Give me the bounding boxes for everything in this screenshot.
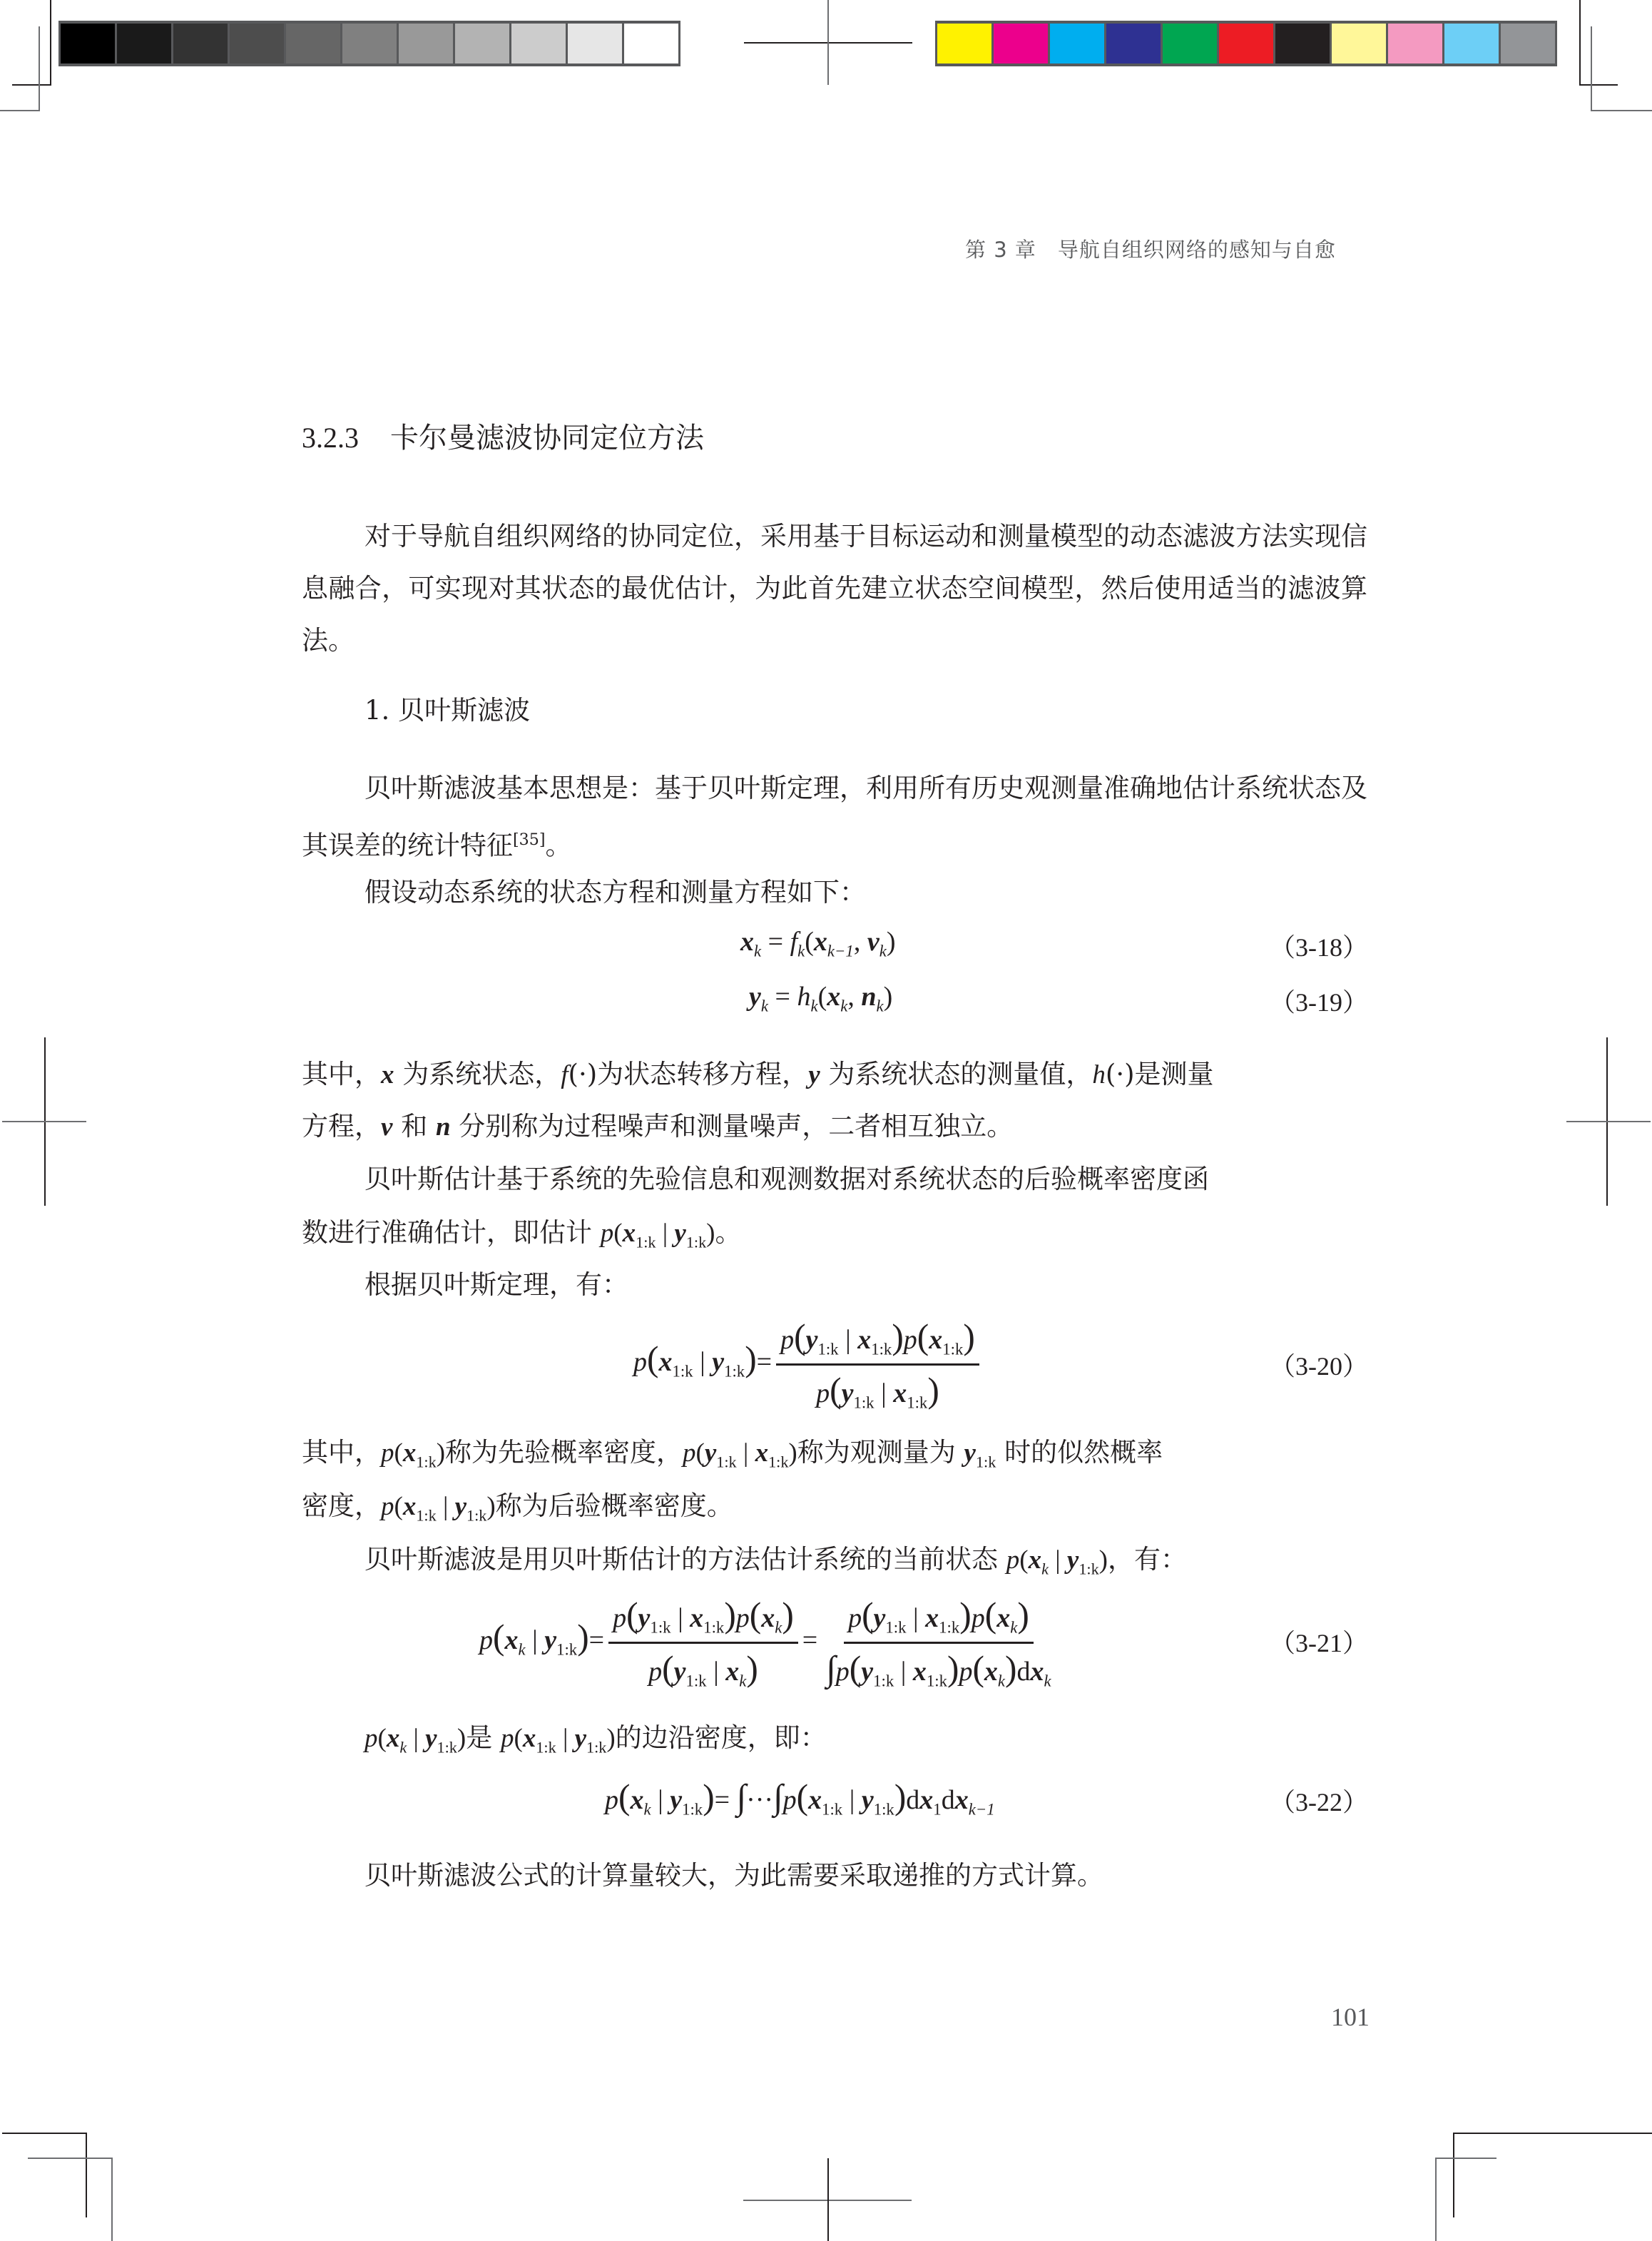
assume-text: 假设动态系统的状态方程和测量方程如下： [364,870,866,909]
color-swatch [1163,24,1217,63]
color-swatch [994,24,1048,63]
intro-paragraph: 对于导航自组织网络的协同定位，采用基于目标运动和测量模型的动态滤波方法实现信息融… [302,510,1367,666]
equation-3-19: yk = hk(xk, nk) [749,981,892,1016]
section-number: 3.2.3 [302,422,359,454]
color-swatch [1444,24,1499,63]
bayes-idea-text: 贝叶斯滤波基本思想是：基于贝叶斯定理，利用所有历史观测量准确地估计系统状态及其误… [302,773,1367,860]
filter-line: 贝叶斯滤波是用贝叶斯估计的方法估计系统的当前状态 p(xk | y1:k)，有： [364,1538,1187,1578]
posterior-line: 密度，p(x1:k | y1:k)称为后验概率密度。 [302,1484,733,1525]
color-swatch [230,24,284,63]
page-number: 101 [1331,2002,1370,2032]
section-title: 卡尔曼滤波协同定位方法 [390,422,704,454]
color-swatch [568,24,622,63]
equation-number: （3-19） [1270,982,1368,1019]
color-swatch [624,24,678,63]
color-swatch [286,24,340,63]
grayscale-calibration-bar [58,21,680,66]
color-swatch [1106,24,1161,63]
equation-3-21: p(xk | y1:k)= p(y1:k | x1:k)p(xk) p(y1:k… [479,1595,1060,1690]
citation-ref[interactable]: [35] [513,830,546,849]
color-swatch [455,24,509,63]
color-swatch [342,24,397,63]
section-heading: 3.2.3卡尔曼滤波协同定位方法 [302,415,704,456]
bayes-idea-paragraph: 贝叶斯滤波基本思想是：基于贝叶斯定理，利用所有历史观测量准确地估计系统状态及其误… [302,762,1367,871]
color-swatch [61,24,115,63]
according-text: 根据贝叶斯定理，有： [364,1263,628,1301]
subsection-heading: 1. 贝叶斯滤波 [364,688,530,727]
equation-3-18: xk = fk(xk−1, vk) [740,926,895,961]
color-swatch [511,24,566,63]
closing-text: 贝叶斯滤波公式的计算量较大，为此需要采取递推的方式计算。 [364,1854,1103,1892]
where-line-2: 方程，v 和 n 分别称为过程噪声和测量噪声，二者相互独立。 [302,1104,1013,1143]
color-calibration-bar [935,21,1557,66]
color-swatch [1275,24,1330,63]
color-swatch [117,24,171,63]
color-swatch [1219,24,1273,63]
marginal-line: p(xk | y1:k)是 p(x1:k | y1:k)的边沿密度，即： [364,1716,827,1757]
color-swatch [1501,24,1555,63]
color-swatch [399,24,453,63]
color-swatch [1388,24,1442,63]
estimate-line-2: 数进行准确估计，即估计 p(x1:k | y1:k)。 [302,1211,742,1251]
prior-line: 其中，p(x1:k)称为先验概率密度，p(y1:k | x1:k)称为观测量为 … [302,1431,1163,1471]
color-swatch [1332,24,1386,63]
color-swatch [937,24,991,63]
equation-number: （3-18） [1270,928,1368,964]
color-swatch [1050,24,1104,63]
where-line-1: 其中，x 为系统状态，f(·)为状态转移方程，y 为系统状态的测量值，h(·)是… [302,1052,1214,1091]
equation-number: （3-22） [1270,1782,1368,1819]
estimate-line-1: 贝叶斯估计基于系统的先验信息和观测数据对系统状态的后验概率密度函 [364,1157,1209,1196]
equation-3-22: p(xk | y1:k)= ∫···∫p(x1:k | y1:k)dx1dxk−… [605,1777,995,1819]
equation-3-20: p(x1:k | y1:k)= p(y1:k | x1:k)p(x1:k) p(… [633,1316,984,1412]
period: 。 [546,830,572,860]
equation-number: （3-20） [1270,1346,1368,1383]
equation-number: （3-21） [1270,1623,1368,1660]
running-head: 第 3 章 导航自组织网络的感知与自愈 [965,234,1336,263]
color-swatch [173,24,228,63]
